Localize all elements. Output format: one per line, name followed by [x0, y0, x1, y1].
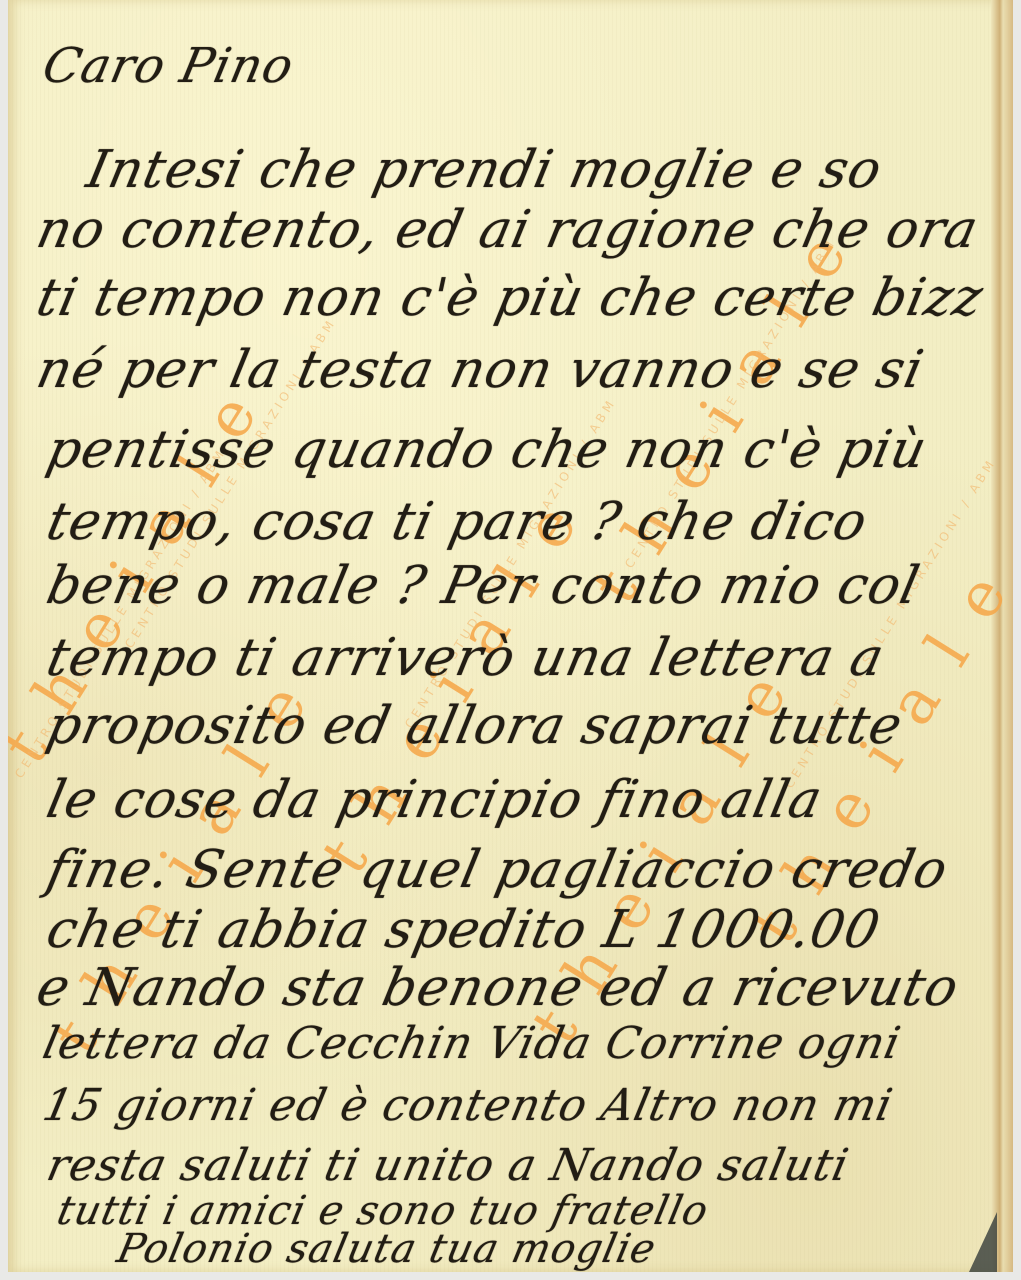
letter-line: pentisse quando che non c'è più	[42, 420, 933, 480]
letter-sheet: theiale theiale theiale theiale theiale …	[8, 0, 1013, 1272]
letter-line: e Nando sta benone ed a ricevuto	[32, 958, 965, 1018]
letter-line: Intesi che prendi moglie e so	[82, 140, 888, 200]
letter-line: resta saluti ti unito a Nando saluti	[43, 1140, 854, 1191]
letter-line: fine. Sente quel pagliaccio credo	[42, 840, 954, 900]
letter-line: tempo, cosa ti pare ? che dico	[42, 492, 873, 552]
letter-line: ti tempo non c'è più che certe bizz	[32, 268, 989, 328]
letter-line: né per la testa non vanno e se si	[32, 340, 930, 400]
postscript: Polonio saluta tua moglie	[113, 1226, 660, 1272]
letter-line: proposito ed allora saprai tutte	[42, 696, 908, 756]
letter-line: tempo ti arriverò una lettera a	[42, 628, 890, 688]
letter-line: bene o male ? Per conto mio col	[42, 556, 925, 616]
letter-line: 15 giorni ed è contento Altro non mi	[39, 1080, 898, 1131]
salutation: Caro Pino	[38, 38, 299, 94]
letter-line: che ti abbia spedito L 1000.00	[42, 900, 886, 960]
handwritten-letter: Caro Pino Intesi che prendi moglie e so …	[8, 0, 1013, 1272]
letter-line: le cose da principio fino alla	[42, 770, 828, 830]
letter-line: no contento, ed ai ragione che ora	[32, 200, 984, 260]
letter-line: lettera da Cecchin Vida Corrine ogni	[39, 1018, 906, 1069]
